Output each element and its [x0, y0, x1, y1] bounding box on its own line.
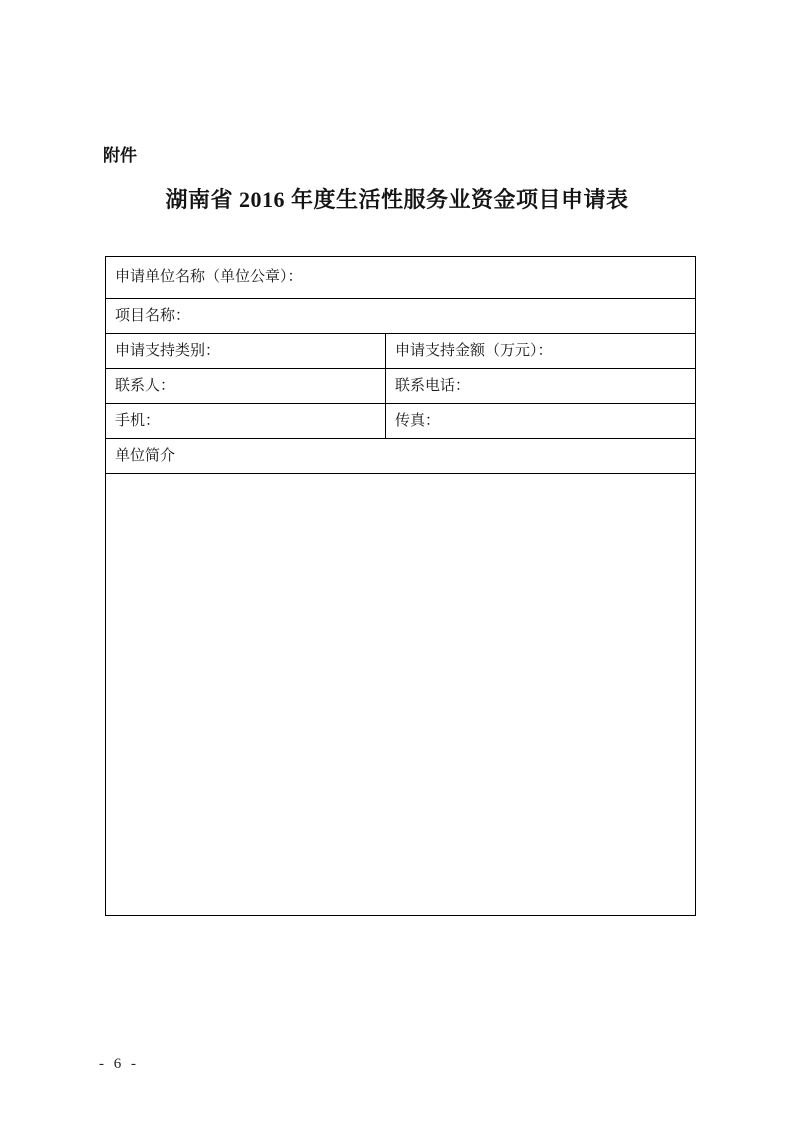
table-row-contact: 联系人： 联系电话：: [106, 369, 696, 404]
support-category-label-cell: 申请支持类别：: [106, 334, 386, 369]
table-row-mobile-fax: 手机： 传真：: [106, 404, 696, 439]
attachment-label: 附件: [103, 146, 137, 166]
document-page: 附件 湖南省 2016 年度生活性服务业资金项目申请表 申请单位名称（单位公章）…: [0, 0, 794, 1123]
applicant-name-label-cell: 申请单位名称（单位公章）：: [106, 257, 696, 299]
document-title: 湖南省 2016 年度生活性服务业资金项目申请表: [0, 186, 794, 215]
contact-phone-label-cell: 联系电话：: [386, 369, 696, 404]
contact-person-label-cell: 联系人：: [106, 369, 386, 404]
mobile-label-cell: 手机：: [106, 404, 386, 439]
table-row-support: 申请支持类别： 申请支持金额（万元）：: [106, 334, 696, 369]
table-row-company-profile-body: [106, 474, 696, 916]
table-row-company-profile-header: 单位简介: [106, 439, 696, 474]
application-form-table: 申请单位名称（单位公章）： 项目名称： 申请支持类别： 申请支持金额（万元）： …: [105, 256, 696, 916]
support-amount-label-cell: 申请支持金额（万元）：: [386, 334, 696, 369]
table-row-applicant-name: 申请单位名称（单位公章）：: [106, 257, 696, 299]
company-profile-label-cell: 单位简介: [106, 439, 696, 474]
company-profile-body-cell: [106, 474, 696, 916]
fax-label-cell: 传真：: [386, 404, 696, 439]
table-row-project-name: 项目名称：: [106, 299, 696, 334]
page-number: - 6 -: [99, 1056, 139, 1073]
project-name-label-cell: 项目名称：: [106, 299, 696, 334]
